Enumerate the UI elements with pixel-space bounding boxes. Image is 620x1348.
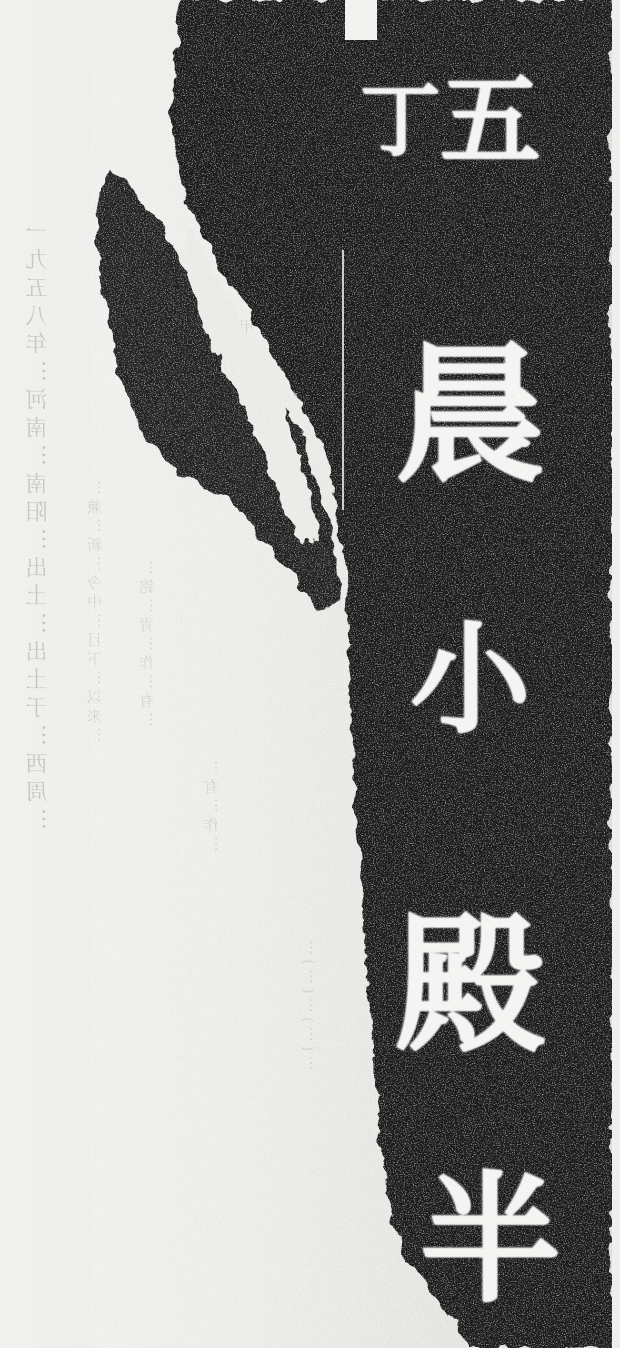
bleed-through-column-2: …兼…新…今中…目下…以来… xyxy=(88,480,103,746)
carved-character-1: 五 xyxy=(440,70,540,170)
top-chip xyxy=(345,0,377,40)
bleed-through-column-1: 一九五八年…河南…南阳…出土…出土于…西周… xyxy=(28,220,50,836)
carved-character-6: 半 xyxy=(420,1170,560,1310)
page-edge xyxy=(612,0,620,1348)
bleed-through-column-5: …有…作… xyxy=(205,760,220,855)
carved-character-4: 小 xyxy=(410,620,530,740)
bleed-through-column-4: …甲…兼… xyxy=(240,300,255,395)
bleed-through-column-3: …铭…青…作…有… xyxy=(140,560,155,731)
bleed-through-column-6: …(…)…(…)… xyxy=(300,940,315,1074)
carved-character-2: 丁 xyxy=(360,80,440,160)
vertical-crease-line xyxy=(342,250,344,510)
scanned-page: 一九五八年…河南…南阳…出土…出土于…西周… …兼…新…今中…目下…以来… …铭… xyxy=(0,0,620,1348)
carved-character-5: 殿 xyxy=(395,910,545,1060)
carved-character-3: 晨 xyxy=(395,340,545,490)
